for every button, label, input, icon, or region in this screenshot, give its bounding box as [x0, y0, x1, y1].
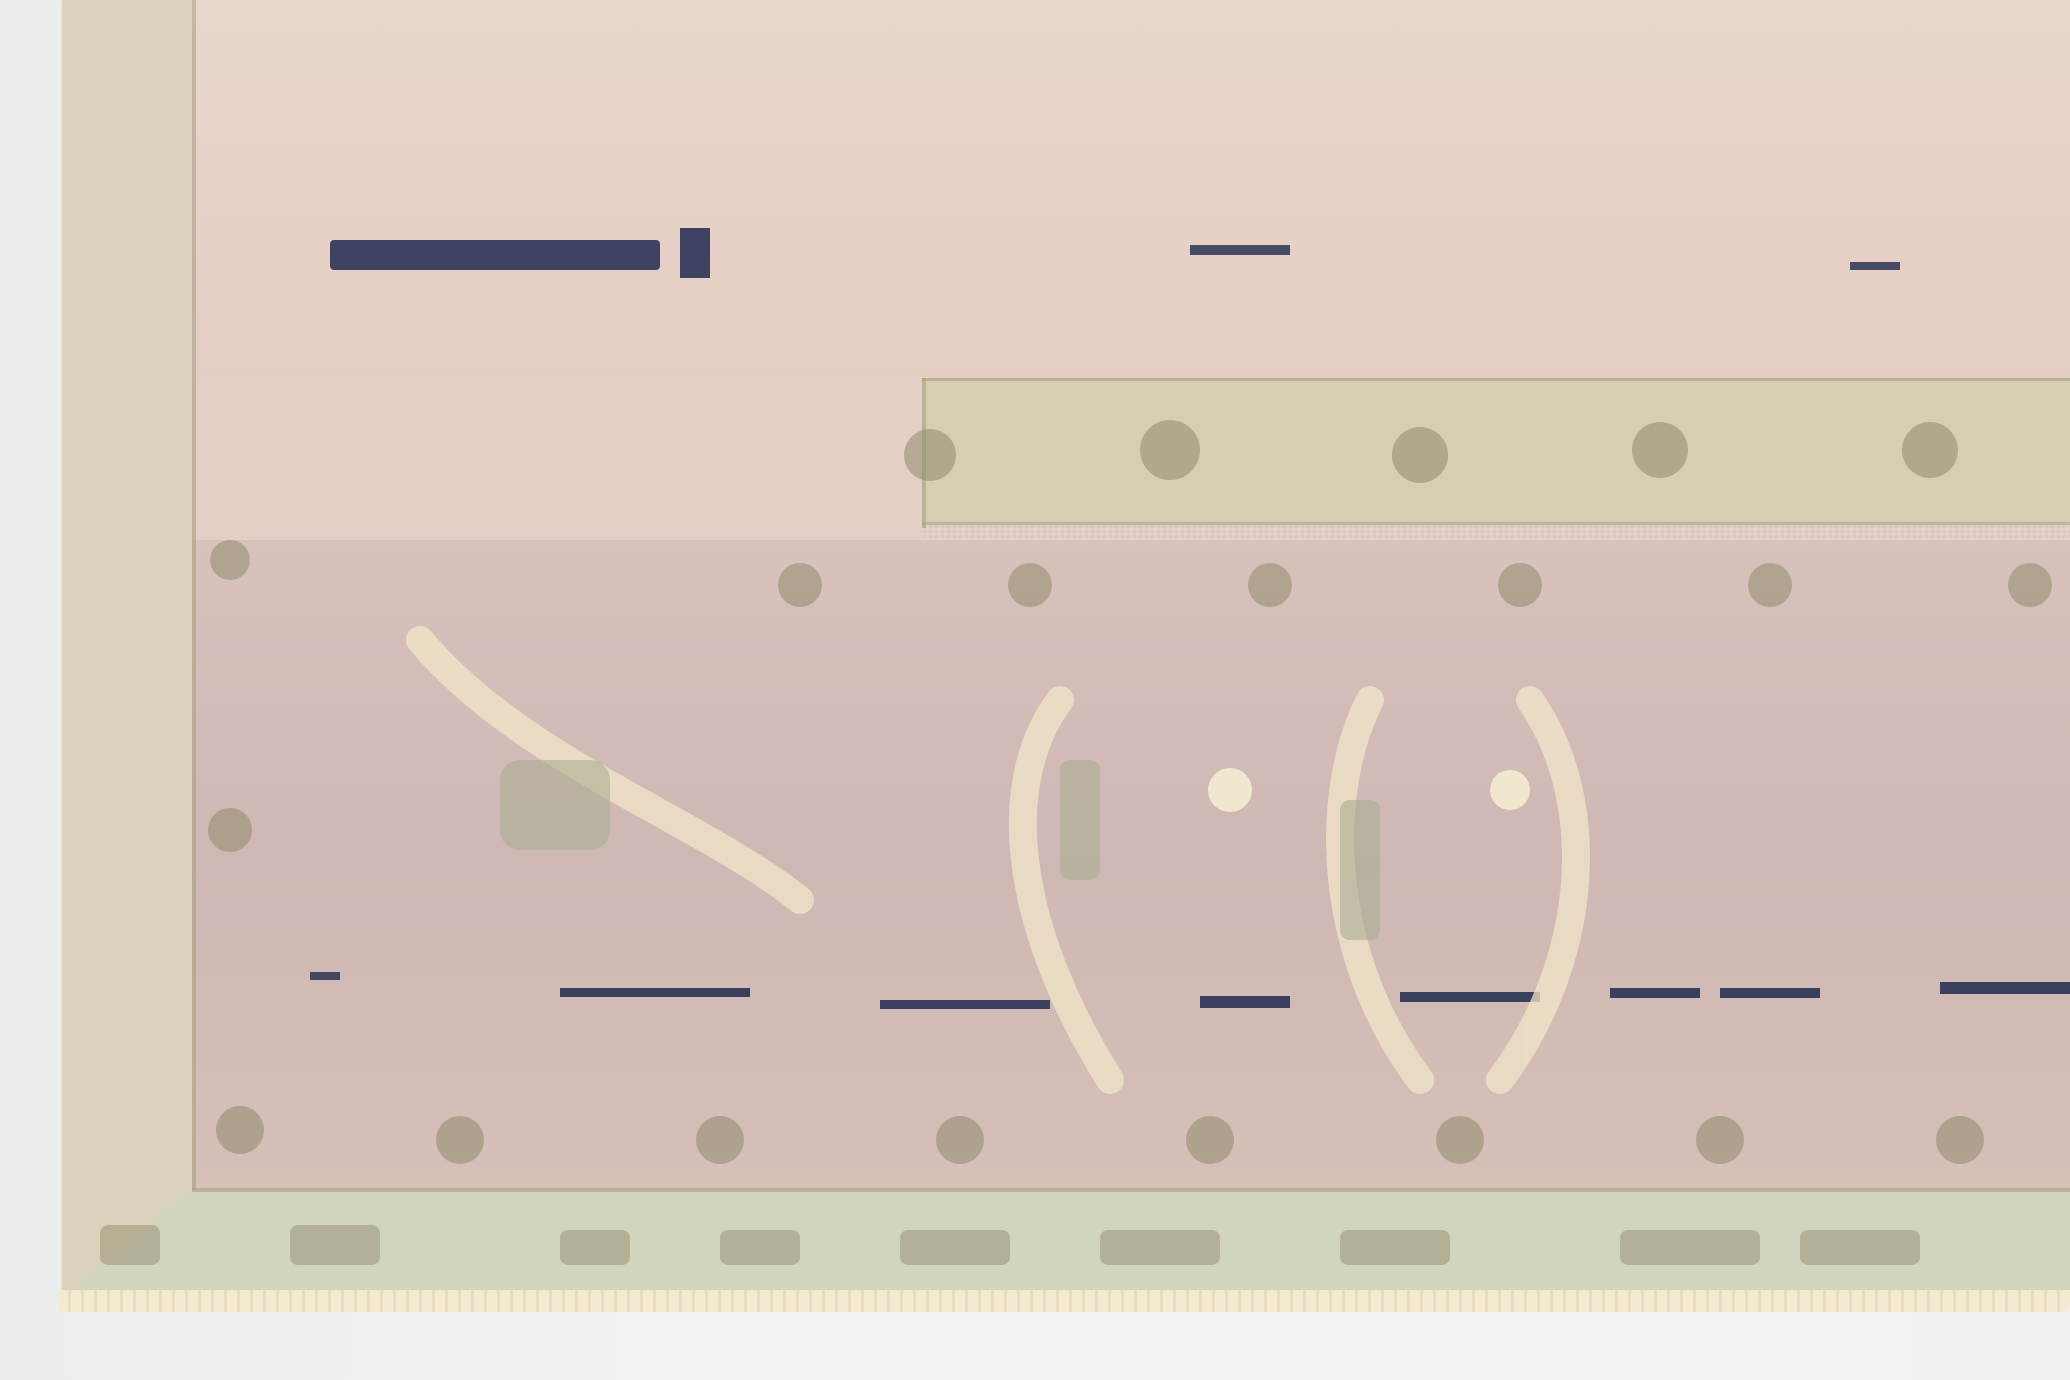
- rug-photo: [0, 0, 2070, 1380]
- rug-fringe: [58, 1290, 2070, 1312]
- rug-motifs: [0, 0, 2070, 1380]
